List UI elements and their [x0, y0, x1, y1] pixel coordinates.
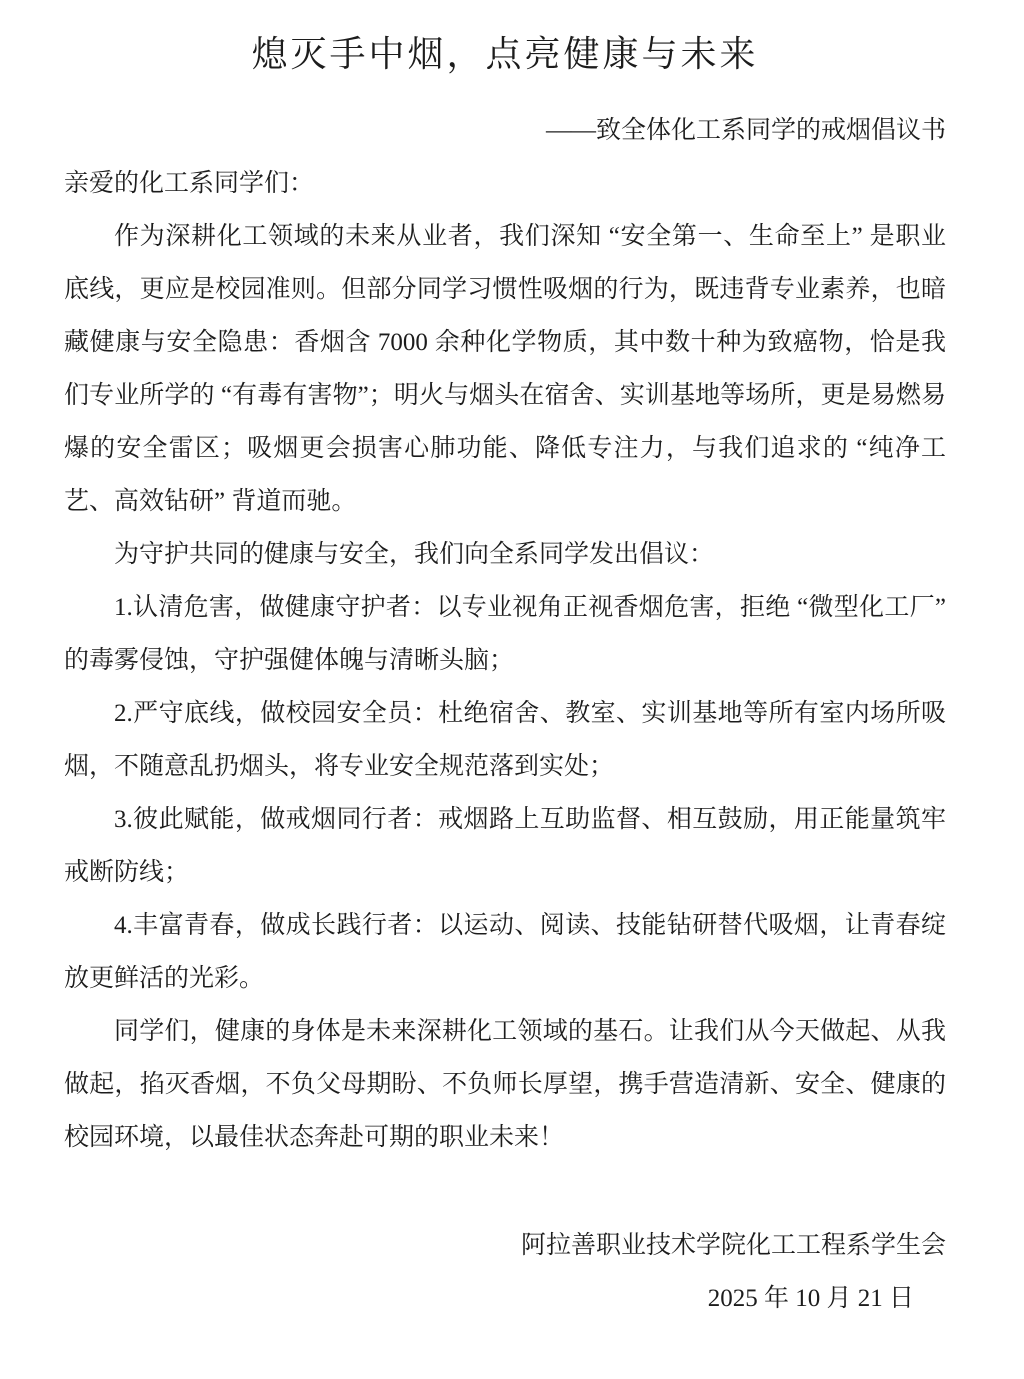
paragraph-closing: 同学们，健康的身体是未来深耕化工领域的基石。让我们从今天做起、从我做起，掐灭香烟… — [64, 1005, 946, 1164]
proposal-item-4: 4.丰富青春，做成长践行者：以运动、阅读、技能钻研替代吸烟，让青春绽放更鲜活的光… — [64, 899, 946, 1005]
proposal-item-1: 1.认清危害，做健康守护者：以专业视角正视香烟危害，拒绝 “微型化工厂” 的毒雾… — [64, 581, 946, 687]
paragraph-proposal-lead: 为守护共同的健康与安全，我们向全系同学发出倡议： — [64, 528, 946, 581]
signature-date: 2025 年 10 月 21 日 — [64, 1272, 946, 1325]
proposal-item-2: 2.严守底线，做校园安全员：杜绝宿舍、教室、实训基地等所有室内场所吸烟，不随意乱… — [64, 687, 946, 793]
document-title: 熄灭手中烟，点亮健康与未来 — [64, 0, 946, 78]
document-page: 熄灭手中烟，点亮健康与未来 ——致全体化工系同学的戒烟倡议书 亲爱的化工系同学们… — [0, 0, 1024, 1379]
signature-organization: 阿拉善职业技术学院化工工程系学生会 — [64, 1219, 946, 1272]
document-subtitle: ——致全体化工系同学的戒烟倡议书 — [64, 104, 946, 157]
proposal-item-3: 3.彼此赋能，做戒烟同行者：戒烟路上互助监督、相互鼓励，用正能量筑牢戒断防线； — [64, 793, 946, 899]
salutation: 亲爱的化工系同学们： — [64, 157, 946, 210]
paragraph-intro: 作为深耕化工领域的未来从业者，我们深知 “安全第一、生命至上” 是职业底线，更应… — [64, 210, 946, 528]
